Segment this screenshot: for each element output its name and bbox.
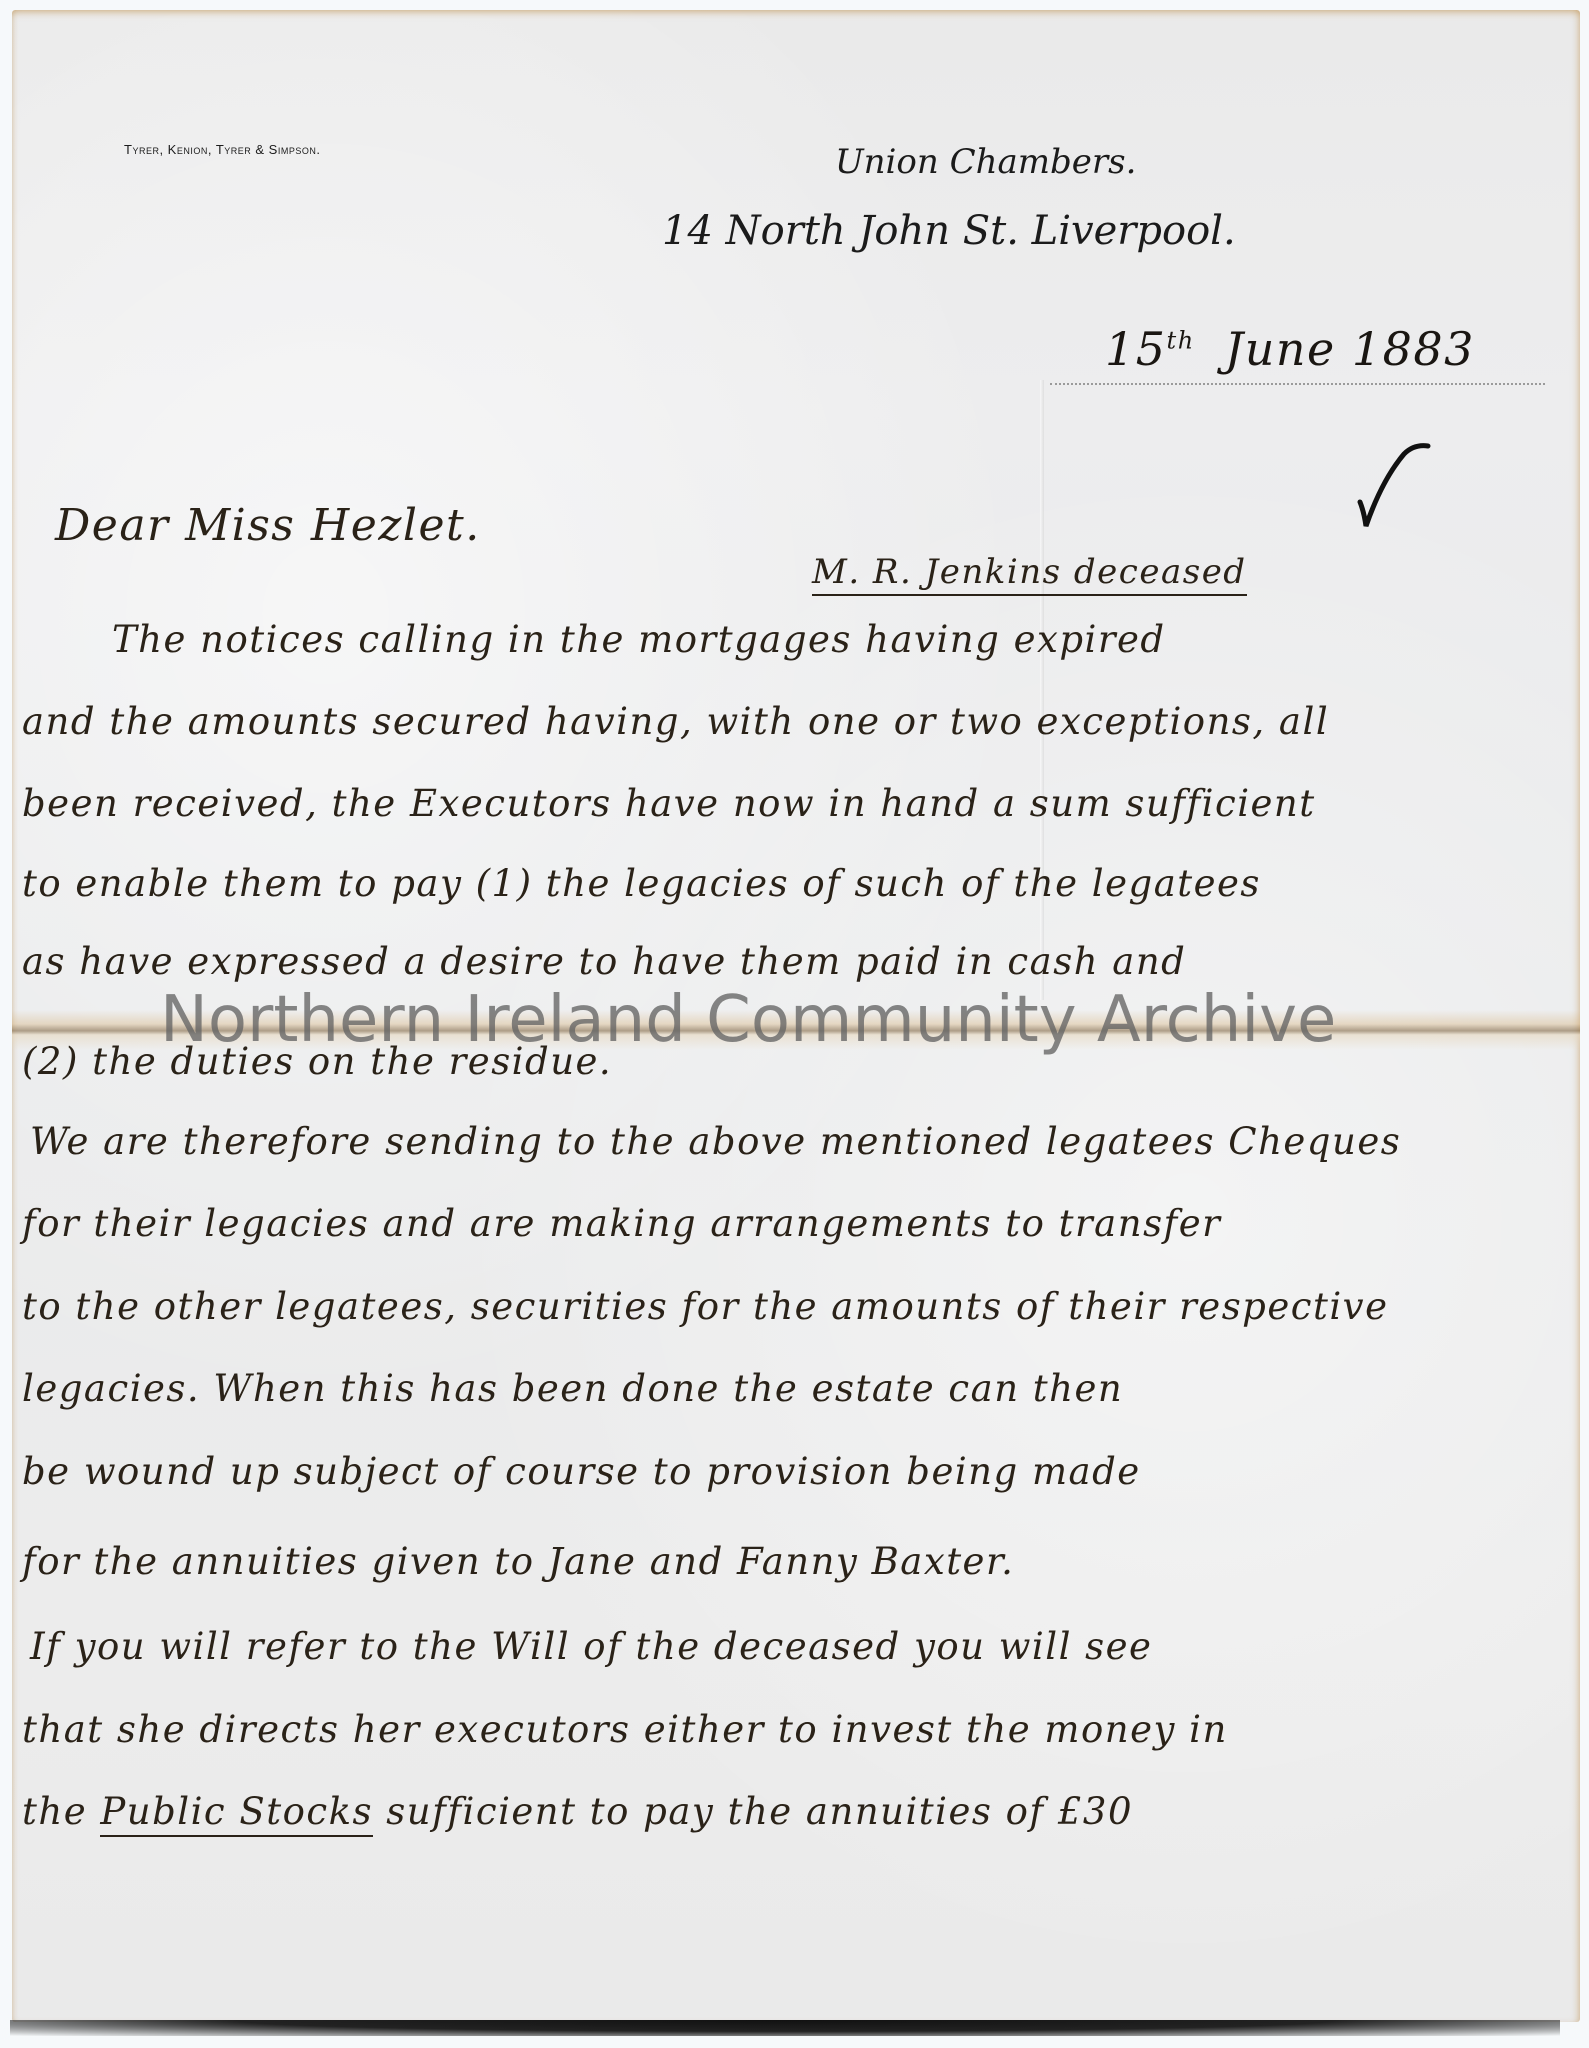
body-line: be wound up subject of course to provisi…	[22, 1450, 1141, 1493]
body-line: been received, the Executors have now in…	[22, 782, 1316, 825]
vertical-crease	[1040, 380, 1044, 1000]
body-line: for their legacies and are making arrang…	[22, 1202, 1221, 1245]
archive-watermark: Northern Ireland Community Archive	[160, 983, 1430, 1057]
letterhead-address-line1: Union Chambers.	[835, 142, 1136, 182]
paper-bottom-shadow	[10, 2020, 1560, 2036]
letter-date: 15th June 1883	[1105, 322, 1475, 376]
check-mark-icon	[1352, 440, 1432, 530]
body-line: The notices calling in the mortgages hav…	[112, 618, 1166, 661]
body-line: and the amounts secured having, with one…	[22, 700, 1329, 743]
date-dotted-rule	[1050, 383, 1545, 385]
body-line-last: the Public Stocks sufficient to pay the …	[22, 1790, 1133, 1833]
last-line-pre: the	[22, 1790, 100, 1833]
date-day: 15	[1105, 322, 1167, 376]
subject-line: M. R. Jenkins deceased	[812, 552, 1247, 596]
body-line: If you will refer to the Will of the dec…	[30, 1625, 1152, 1668]
letterhead-firm-name: Tyrer, Kenion, Tyrer & Simpson.	[124, 142, 320, 157]
public-stocks-underlined: Public Stocks	[100, 1790, 373, 1837]
body-line: for the annuities given to Jane and Fann…	[22, 1540, 1014, 1583]
body-line: to enable them to pay (1) the legacies o…	[22, 862, 1261, 905]
letterhead-address-line2: 14 North John St. Liverpool.	[662, 208, 1236, 254]
date-day-suffix: th	[1167, 327, 1195, 355]
body-line: to the other legatees, securities for th…	[22, 1285, 1389, 1328]
body-line: legacies. When this has been done the es…	[22, 1367, 1123, 1410]
last-line-post: sufficient to pay the annuities of £30	[373, 1790, 1133, 1833]
body-line: as have expressed a desire to have them …	[22, 940, 1186, 983]
body-line: that she directs her executors either to…	[22, 1708, 1228, 1751]
date-month-year: June 1883	[1225, 322, 1475, 376]
salutation: Dear Miss Hezlet.	[55, 500, 481, 551]
body-line: We are therefore sending to the above me…	[30, 1120, 1401, 1163]
